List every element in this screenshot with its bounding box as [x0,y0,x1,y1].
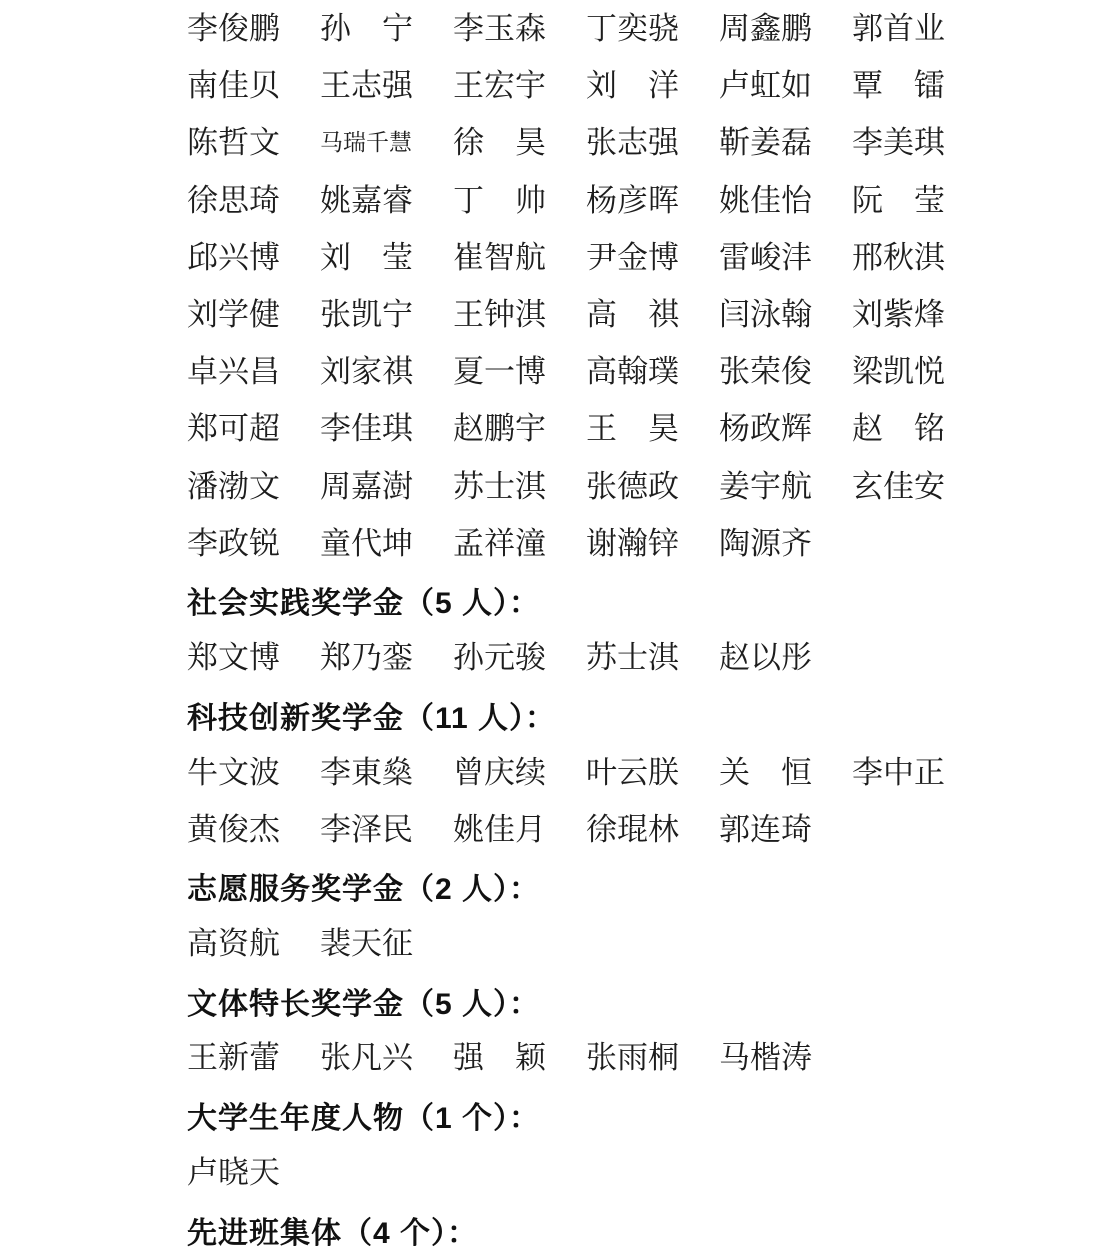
section-social-practice-scholarship: 社会实践奖学金（5 人）： 郑文博郑乃銮孙元骏苏士淇赵以彤 [187,572,1082,686]
person-name: 王志强 [320,70,416,101]
section-name-list: 高资航裴天征 [187,915,1082,972]
person-name: 叶云朕 [586,757,682,788]
person-name: 卓兴昌 [187,356,283,387]
person-name: 覃 镭 [852,70,948,101]
name-row: 郑文博郑乃銮孙元骏苏士淇赵以彤 [187,629,1082,686]
person-name: 王宏宇 [453,70,549,101]
person-name: 马楷涛 [719,1042,815,1073]
section-name-list: 郑文博郑乃銮孙元骏苏士淇赵以彤 [187,629,1082,686]
person-name: 赵 铭 [852,413,948,444]
person-name: 姚佳月 [453,814,549,845]
person-name: 高翰璞 [586,356,682,387]
person-name: 苏士淇 [453,471,549,502]
person-name: 卢晓天 [187,1157,283,1188]
section-name-list: 牛文波李東燊曾庆续叶云朕关 恒李中正黄俊杰李泽民姚佳月徐琨林郭连琦 [187,743,1082,857]
person-name: 童代坤 [320,528,416,559]
person-name: 孙元骏 [453,642,549,673]
person-name: 刘学健 [187,299,283,330]
section-student-of-the-year: 大学生年度人物（1 个）： 卢晓天 [187,1087,1082,1201]
person-name: 李政锐 [187,528,283,559]
person-name: 梁凯悦 [852,356,948,387]
name-row: 卢晓天 [187,1144,1082,1201]
scholarship-name-list: 李俊鹏孙 宁李玉森丁奕骁周鑫鹏郭首业南佳贝王志强王宏宇刘 洋卢虹如覃 镭陈哲文马… [187,0,1082,572]
person-name: 夏一博 [453,356,549,387]
person-name: 李美琪 [852,127,948,158]
person-name: 黄俊杰 [187,814,283,845]
person-name: 阮 莹 [852,185,948,216]
person-name: 陈哲文 [187,127,283,158]
person-name: 刘 莹 [320,242,416,273]
person-name: 李東燊 [320,757,416,788]
name-row: 王新蕾张凡兴强 颖张雨桐马楷涛 [187,1029,1082,1086]
person-name: 郭连琦 [719,814,815,845]
person-name: 张德政 [586,471,682,502]
person-name: 陶源齐 [719,528,815,559]
name-row: 南佳贝王志强王宏宇刘 洋卢虹如覃 镭 [187,57,1082,114]
person-name: 张雨桐 [586,1042,682,1073]
section-heading: 科技创新奖学金（11 人）： [187,686,1082,743]
person-name: 王新蕾 [187,1042,283,1073]
section-heading: 先进班集体（4 个）： [187,1201,1082,1258]
section-heading: 志愿服务奖学金（2 人）： [187,858,1082,915]
person-name: 徐思琦 [187,185,283,216]
person-name: 苏士淇 [586,642,682,673]
person-name: 周鑫鹏 [719,13,815,44]
person-name: 卢虹如 [719,70,815,101]
person-name: 孟祥潼 [453,528,549,559]
person-name: 谢瀚锌 [586,528,682,559]
section-heading: 社会实践奖学金（5 人）： [187,572,1082,629]
name-row: 郑可超李佳琪赵鹏宇王 昊杨政辉赵 铭 [187,400,1082,457]
person-name: 刘家祺 [320,356,416,387]
person-name: 玄佳安 [852,471,948,502]
person-name: 赵鹏宇 [453,413,549,444]
person-name: 邢秋淇 [852,242,948,273]
person-name: 关 恒 [719,757,815,788]
person-name: 李中正 [852,757,948,788]
person-name: 丁 帅 [453,185,549,216]
person-name: 李佳琪 [320,413,416,444]
person-name: 徐 昊 [453,127,549,158]
person-name: 南佳贝 [187,70,283,101]
person-name: 张凯宁 [320,299,416,330]
section-advanced-class-collective: 先进班集体（4 个）： [187,1201,1082,1258]
person-name: 姜宇航 [719,471,815,502]
name-row: 潘渤文周嘉澍苏士淇张德政姜宇航玄佳安 [187,458,1082,515]
person-name: 牛文波 [187,757,283,788]
person-name: 张荣俊 [719,356,815,387]
person-name: 郭首业 [852,13,948,44]
person-name: 尹金博 [586,242,682,273]
person-name: 杨彦晖 [586,185,682,216]
name-row: 牛文波李東燊曾庆续叶云朕关 恒李中正 [187,743,1082,800]
name-row: 刘学健张凯宁王钟淇高 祺闫泳翰刘紫烽 [187,286,1082,343]
section-volunteer-service-scholarship: 志愿服务奖学金（2 人）： 高资航裴天征 [187,858,1082,972]
person-name: 孙 宁 [320,13,416,44]
person-name: 张凡兴 [320,1042,416,1073]
person-name: 姚嘉睿 [320,185,416,216]
person-name: 崔智航 [453,242,549,273]
name-row: 徐思琦姚嘉睿丁 帅杨彦晖姚佳怡阮 莹 [187,172,1082,229]
person-name: 郑乃銮 [320,642,416,673]
section-heading: 大学生年度人物（1 个）： [187,1087,1082,1144]
person-name: 高 祺 [586,299,682,330]
person-name: 李玉森 [453,13,549,44]
person-name: 潘渤文 [187,471,283,502]
person-name: 郑文博 [187,642,283,673]
section-heading: 文体特长奖学金（5 人）： [187,972,1082,1029]
person-name: 邱兴博 [187,242,283,273]
person-name: 雷峻沣 [719,242,815,273]
person-name: 姚佳怡 [719,185,815,216]
person-name: 王钟淇 [453,299,549,330]
person-name: 丁奕骁 [586,13,682,44]
person-name: 徐琨林 [586,814,682,845]
person-name: 曾庆续 [453,757,549,788]
name-row: 李政锐童代坤孟祥潼谢瀚锌陶源齐 [187,515,1082,572]
person-name: 周嘉澍 [320,471,416,502]
scholarship-award-document: 李俊鹏孙 宁李玉森丁奕骁周鑫鹏郭首业南佳贝王志强王宏宇刘 洋卢虹如覃 镭陈哲文马… [0,0,1102,1258]
person-name: 裴天征 [320,928,416,959]
person-name: 郑可超 [187,413,283,444]
name-row: 邱兴博刘 莹崔智航尹金博雷峻沣邢秋淇 [187,229,1082,286]
person-name: 强 颖 [453,1042,549,1073]
person-name: 赵以彤 [719,642,815,673]
person-name: 王 昊 [586,413,682,444]
person-name: 闫泳翰 [719,299,815,330]
person-name: 高资航 [187,928,283,959]
section-name-list: 王新蕾张凡兴强 颖张雨桐马楷涛 [187,1029,1082,1086]
person-name: 李泽民 [320,814,416,845]
name-row: 卓兴昌刘家祺夏一博高翰璞张荣俊梁凯悦 [187,343,1082,400]
section-arts-sports-scholarship: 文体特长奖学金（5 人）： 王新蕾张凡兴强 颖张雨桐马楷涛 [187,972,1082,1086]
person-name: 杨政辉 [719,413,815,444]
person-name: 刘 洋 [586,70,682,101]
name-row: 陈哲文马瑞千慧徐 昊张志强靳姜磊李美琪 [187,114,1082,171]
person-name: 马瑞千慧 [320,131,416,154]
section-name-list: 卢晓天 [187,1144,1082,1201]
person-name: 刘紫烽 [852,299,948,330]
name-row: 黄俊杰李泽民姚佳月徐琨林郭连琦 [187,801,1082,858]
name-row: 李俊鹏孙 宁李玉森丁奕骁周鑫鹏郭首业 [187,0,1082,57]
person-name: 靳姜磊 [719,127,815,158]
name-row: 高资航裴天征 [187,915,1082,972]
section-tech-innovation-scholarship: 科技创新奖学金（11 人）： 牛文波李東燊曾庆续叶云朕关 恒李中正黄俊杰李泽民姚… [187,686,1082,858]
person-name: 张志强 [586,127,682,158]
person-name: 李俊鹏 [187,13,283,44]
